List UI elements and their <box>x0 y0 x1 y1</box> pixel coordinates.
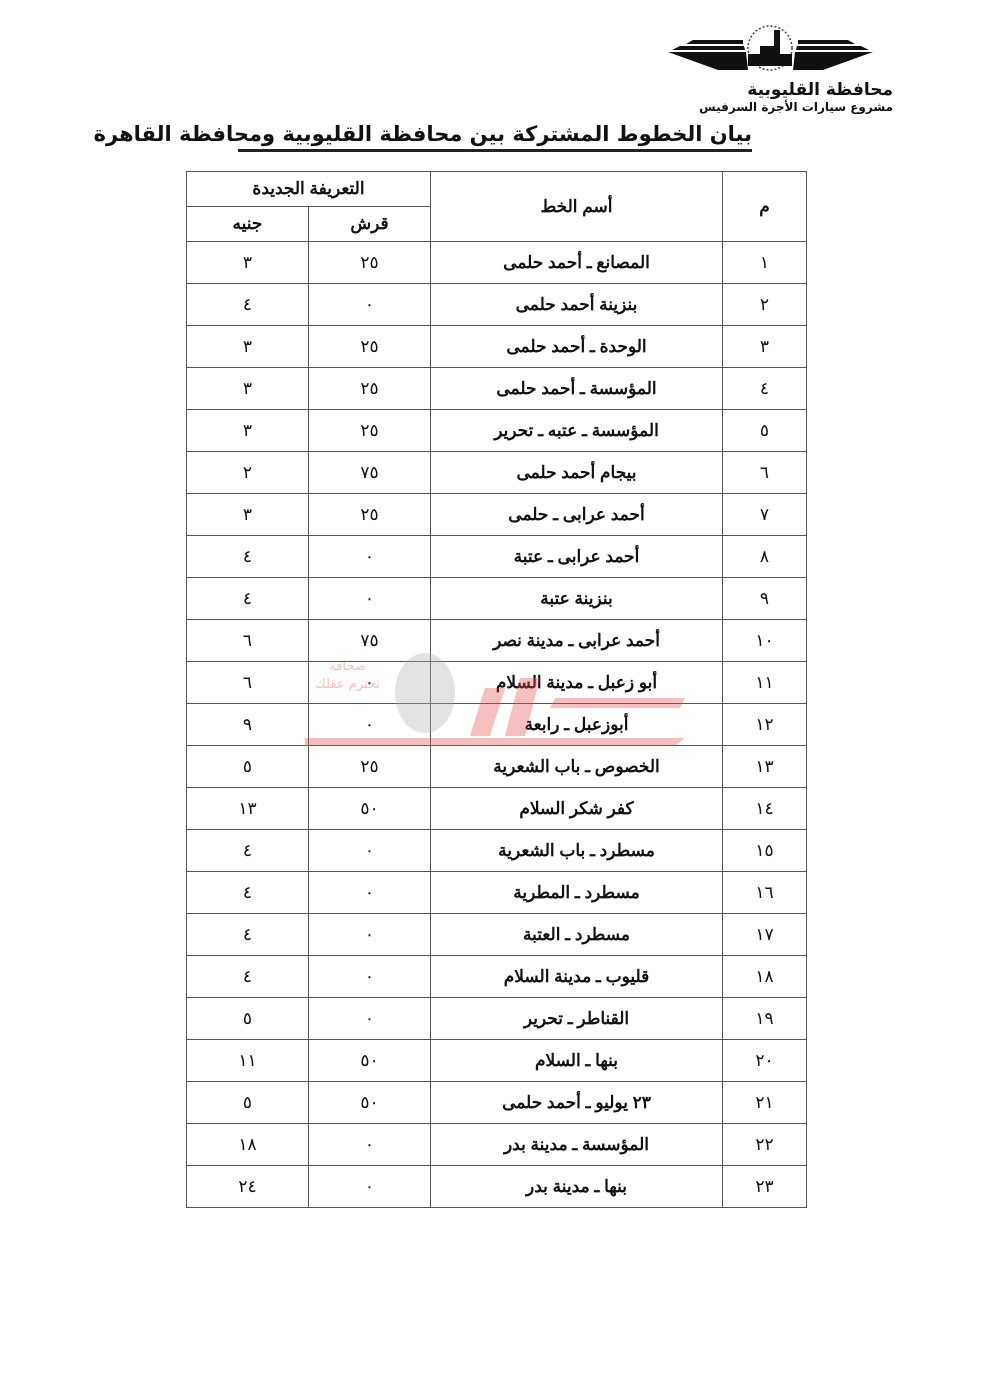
line-name: قليوب ـ مدينة السلام <box>431 956 723 998</box>
tariff-piasters: ٧٥ <box>309 452 431 494</box>
table-row: ٩بنزينة عتبة٠٤ <box>187 578 807 620</box>
tariff-piasters: ٢٥ <box>309 746 431 788</box>
tariff-piasters: ٥٠ <box>309 1082 431 1124</box>
governorate-logo: محافظة القليوبية مشروع سيارات الأجرة الس… <box>648 24 893 116</box>
table-row: ١٦مسطرد ـ المطرية٠٤ <box>187 872 807 914</box>
tariff-pounds: ٥ <box>187 998 309 1040</box>
table-row: ٢١٢٣ يوليو ـ أحمد حلمى٥٠٥ <box>187 1082 807 1124</box>
tariff-pounds: ٥ <box>187 746 309 788</box>
table-row: ١٩القناطر ـ تحرير٠٥ <box>187 998 807 1040</box>
tariff-table: م أسم الخط التعريفة الجديدة قرش جنيه ١ال… <box>186 171 807 1208</box>
line-name: أحمد عرابى ـ حلمى <box>431 494 723 536</box>
row-index: ١ <box>723 242 807 284</box>
row-index: ٩ <box>723 578 807 620</box>
tariff-pounds: ٦ <box>187 662 309 704</box>
line-name: المؤسسة ـ مدينة بدر <box>431 1124 723 1166</box>
table-row: ١٣الخصوص ـ باب الشعرية٢٥٥ <box>187 746 807 788</box>
table-row: ١١أبو زعبل ـ مدينة السلام٠٦ <box>187 662 807 704</box>
tariff-piasters: ٠ <box>309 662 431 704</box>
table-row: ٥المؤسسة ـ عتبه ـ تحرير٢٥٣ <box>187 410 807 452</box>
line-name: ٢٣ يوليو ـ أحمد حلمى <box>431 1082 723 1124</box>
table-row: ١٤كفر شكر السلام٥٠١٣ <box>187 788 807 830</box>
line-name: المصانع ـ أحمد حلمى <box>431 242 723 284</box>
tariff-piasters: ٠ <box>309 956 431 998</box>
table-row: ٢٣بنها ـ مدينة بدر٠٢٤ <box>187 1166 807 1208</box>
tariff-pounds: ٤ <box>187 872 309 914</box>
row-index: ٧ <box>723 494 807 536</box>
row-index: ٦ <box>723 452 807 494</box>
tariff-pounds: ٤ <box>187 578 309 620</box>
table-row: ١٥مسطرد ـ باب الشعرية٠٤ <box>187 830 807 872</box>
tariff-piasters: ٠ <box>309 1124 431 1166</box>
line-name: أحمد عرابى ـ مدينة نصر <box>431 620 723 662</box>
tariff-pounds: ٦ <box>187 620 309 662</box>
column-header-line-name: أسم الخط <box>431 172 723 242</box>
tariff-pounds: ٣ <box>187 326 309 368</box>
row-index: ١٠ <box>723 620 807 662</box>
tariff-pounds: ٣ <box>187 242 309 284</box>
line-name: بنها ـ السلام <box>431 1040 723 1082</box>
logo-project-name: مشروع سيارات الأجرة السرفيس <box>648 100 893 114</box>
line-name: الوحدة ـ أحمد حلمى <box>431 326 723 368</box>
line-name: كفر شكر السلام <box>431 788 723 830</box>
line-name: المؤسسة ـ أحمد حلمى <box>431 368 723 410</box>
line-name: أحمد عرابى ـ عتبة <box>431 536 723 578</box>
table-row: ١٠أحمد عرابى ـ مدينة نصر٧٥٦ <box>187 620 807 662</box>
row-index: ١٣ <box>723 746 807 788</box>
tariff-pounds: ٩ <box>187 704 309 746</box>
column-header-new-tariff: التعريفة الجديدة <box>187 172 431 207</box>
row-index: ٨ <box>723 536 807 578</box>
row-index: ٢٢ <box>723 1124 807 1166</box>
tariff-piasters: ٢٥ <box>309 326 431 368</box>
table-row: ٨أحمد عرابى ـ عتبة٠٤ <box>187 536 807 578</box>
tariff-pounds: ٣ <box>187 494 309 536</box>
tariff-piasters: ٢٥ <box>309 368 431 410</box>
tariff-piasters: ٠ <box>309 284 431 326</box>
tariff-piasters: ٠ <box>309 872 431 914</box>
tariff-pounds: ٢٤ <box>187 1166 309 1208</box>
row-index: ١٥ <box>723 830 807 872</box>
table-row: ٢بنزينة أحمد حلمى٠٤ <box>187 284 807 326</box>
line-name: مسطرد ـ العتبة <box>431 914 723 956</box>
line-name: أبوزعبل ـ رابعة <box>431 704 723 746</box>
table-row: ٣الوحدة ـ أحمد حلمى٢٥٣ <box>187 326 807 368</box>
tariff-piasters: ٢٥ <box>309 242 431 284</box>
tariff-pounds: ٢ <box>187 452 309 494</box>
row-index: ٥ <box>723 410 807 452</box>
column-header-pounds: جنيه <box>187 207 309 242</box>
tariff-pounds: ٥ <box>187 1082 309 1124</box>
tariff-piasters: ٠ <box>309 578 431 620</box>
tariff-pounds: ١٨ <box>187 1124 309 1166</box>
line-name: مسطرد ـ باب الشعرية <box>431 830 723 872</box>
tariff-piasters: ٠ <box>309 914 431 956</box>
tariff-piasters: ٧٥ <box>309 620 431 662</box>
table-row: ١٧مسطرد ـ العتبة٠٤ <box>187 914 807 956</box>
row-index: ١٢ <box>723 704 807 746</box>
row-index: ٢ <box>723 284 807 326</box>
line-name: المؤسسة ـ عتبه ـ تحرير <box>431 410 723 452</box>
table-row: ٧أحمد عرابى ـ حلمى٢٥٣ <box>187 494 807 536</box>
row-index: ٢١ <box>723 1082 807 1124</box>
tariff-piasters: ٠ <box>309 1166 431 1208</box>
line-name: القناطر ـ تحرير <box>431 998 723 1040</box>
column-header-index: م <box>723 172 807 242</box>
tariff-pounds: ٤ <box>187 830 309 872</box>
tariff-piasters: ٠ <box>309 704 431 746</box>
table-row: ٢٠بنها ـ السلام٥٠١١ <box>187 1040 807 1082</box>
table-row: ٢٢المؤسسة ـ مدينة بدر٠١٨ <box>187 1124 807 1166</box>
tariff-pounds: ٣ <box>187 368 309 410</box>
logo-governorate-name: محافظة القليوبية <box>648 80 893 100</box>
row-index: ٣ <box>723 326 807 368</box>
row-index: ١٨ <box>723 956 807 998</box>
governorate-emblem-icon <box>648 24 893 84</box>
line-name: بنزينة أحمد حلمى <box>431 284 723 326</box>
line-name: بنها ـ مدينة بدر <box>431 1166 723 1208</box>
page-title: بيان الخطوط المشتركة بين محافظة القليوبي… <box>238 122 752 152</box>
table-row: ١٨قليوب ـ مدينة السلام٠٤ <box>187 956 807 998</box>
tariff-piasters: ٠ <box>309 830 431 872</box>
tariff-pounds: ٤ <box>187 914 309 956</box>
tariff-piasters: ٢٥ <box>309 410 431 452</box>
row-index: ١٧ <box>723 914 807 956</box>
tariff-pounds: ١١ <box>187 1040 309 1082</box>
table-row: ١المصانع ـ أحمد حلمى٢٥٣ <box>187 242 807 284</box>
line-name: أبو زعبل ـ مدينة السلام <box>431 662 723 704</box>
line-name: بنزينة عتبة <box>431 578 723 620</box>
row-index: ٤ <box>723 368 807 410</box>
tariff-piasters: ٠ <box>309 536 431 578</box>
table-row: ٦بيجام أحمد حلمى٧٥٢ <box>187 452 807 494</box>
column-header-piasters: قرش <box>309 207 431 242</box>
tariff-pounds: ٤ <box>187 536 309 578</box>
row-index: ١٩ <box>723 998 807 1040</box>
row-index: ١٤ <box>723 788 807 830</box>
tariff-pounds: ٣ <box>187 410 309 452</box>
table-row: ٤المؤسسة ـ أحمد حلمى٢٥٣ <box>187 368 807 410</box>
row-index: ٢٠ <box>723 1040 807 1082</box>
tariff-pounds: ٤ <box>187 284 309 326</box>
line-name: مسطرد ـ المطرية <box>431 872 723 914</box>
table-row: ١٢أبوزعبل ـ رابعة٠٩ <box>187 704 807 746</box>
tariff-piasters: ٢٥ <box>309 494 431 536</box>
line-name: الخصوص ـ باب الشعرية <box>431 746 723 788</box>
row-index: ١٦ <box>723 872 807 914</box>
line-name: بيجام أحمد حلمى <box>431 452 723 494</box>
tariff-piasters: ٥٠ <box>309 1040 431 1082</box>
tariff-pounds: ٤ <box>187 956 309 998</box>
tariff-pounds: ١٣ <box>187 788 309 830</box>
row-index: ٢٣ <box>723 1166 807 1208</box>
row-index: ١١ <box>723 662 807 704</box>
tariff-piasters: ٥٠ <box>309 788 431 830</box>
tariff-piasters: ٠ <box>309 998 431 1040</box>
